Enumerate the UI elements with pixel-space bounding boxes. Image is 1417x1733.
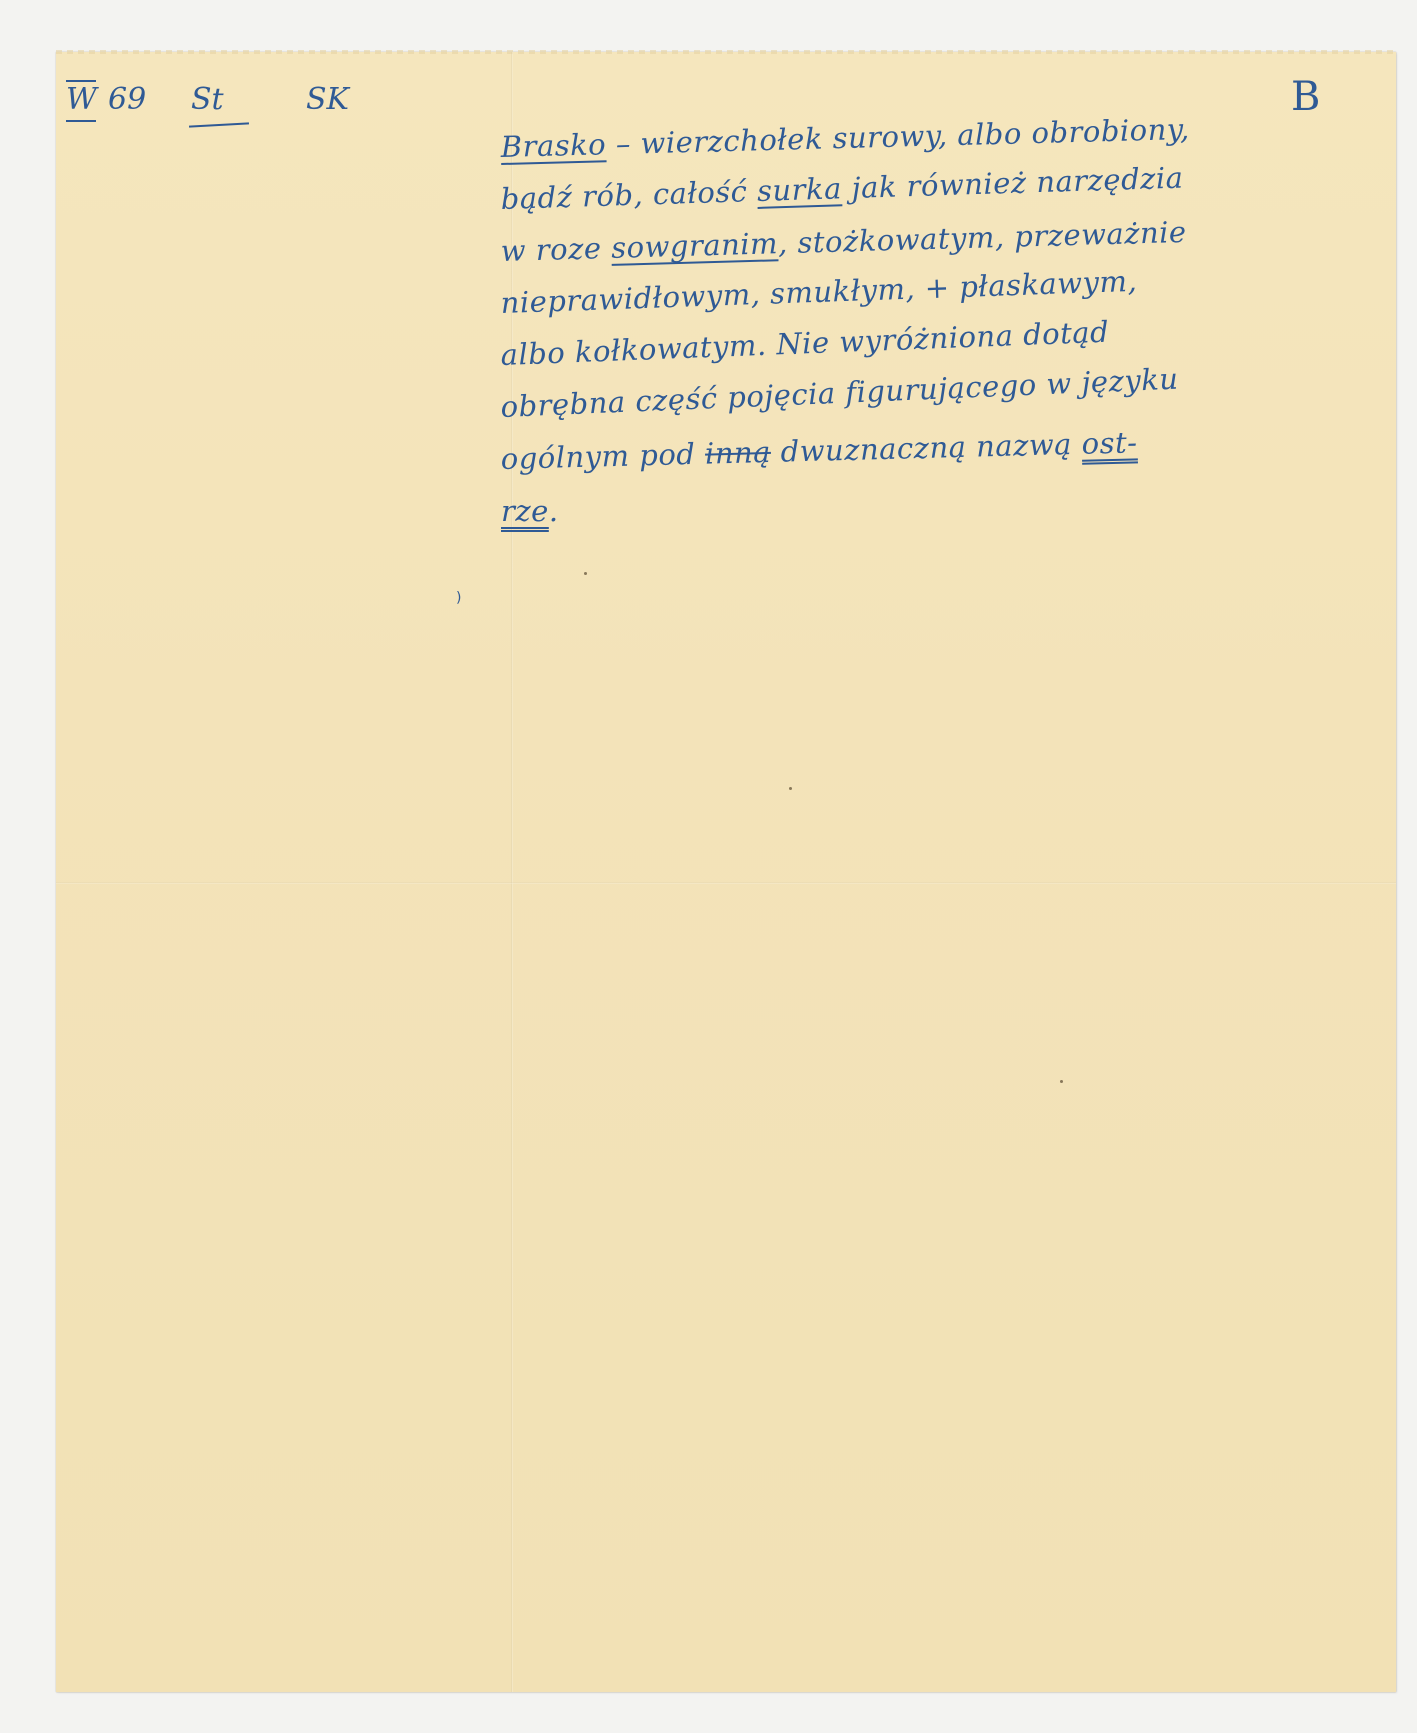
header-initials-2: SK bbox=[306, 82, 349, 117]
line-text: . bbox=[549, 494, 559, 528]
line-text: ogólnym pod bbox=[500, 437, 705, 476]
double-underlined-word: rze bbox=[501, 494, 549, 528]
line-text: bądź rób, całość bbox=[500, 174, 757, 216]
underlined-word: sowgranim bbox=[611, 226, 779, 265]
underline bbox=[189, 122, 249, 127]
stray-ink-mark: ) bbox=[456, 590, 461, 606]
headword: Brasko bbox=[500, 127, 606, 164]
paper-speck bbox=[584, 572, 587, 575]
line-text: – wierzchołek surowy, albo obrobiony, bbox=[606, 112, 1190, 161]
underline bbox=[66, 120, 96, 122]
text-line-8: rze. bbox=[501, 494, 1381, 546]
handwritten-entry: Brasko – wierzchołek surowy, albo obrobi… bbox=[501, 130, 1381, 546]
underlined-word: surka bbox=[757, 171, 843, 208]
manuscript-sheet: W 69 St SK B Brasko – wierzchołek surowy… bbox=[56, 52, 1396, 1692]
line-text: dwuznaczną nazwą bbox=[770, 427, 1082, 469]
initials-1-text: St bbox=[191, 82, 224, 117]
overline bbox=[66, 80, 96, 82]
scan-background: W 69 St SK B Brasko – wierzchołek surowy… bbox=[0, 0, 1417, 1733]
header-initials-1: St bbox=[191, 82, 224, 117]
horizontal-fold-line bbox=[56, 882, 1396, 884]
paper-speck bbox=[1060, 1080, 1063, 1083]
paper-speck bbox=[789, 787, 792, 790]
volume-mark-text: W bbox=[66, 82, 97, 117]
struck-word: inną bbox=[705, 435, 772, 471]
header-volume-mark: W bbox=[66, 82, 97, 117]
double-underlined-word: ost- bbox=[1081, 425, 1138, 460]
line-text: w roze bbox=[500, 231, 611, 268]
header-number: 69 bbox=[108, 82, 146, 117]
